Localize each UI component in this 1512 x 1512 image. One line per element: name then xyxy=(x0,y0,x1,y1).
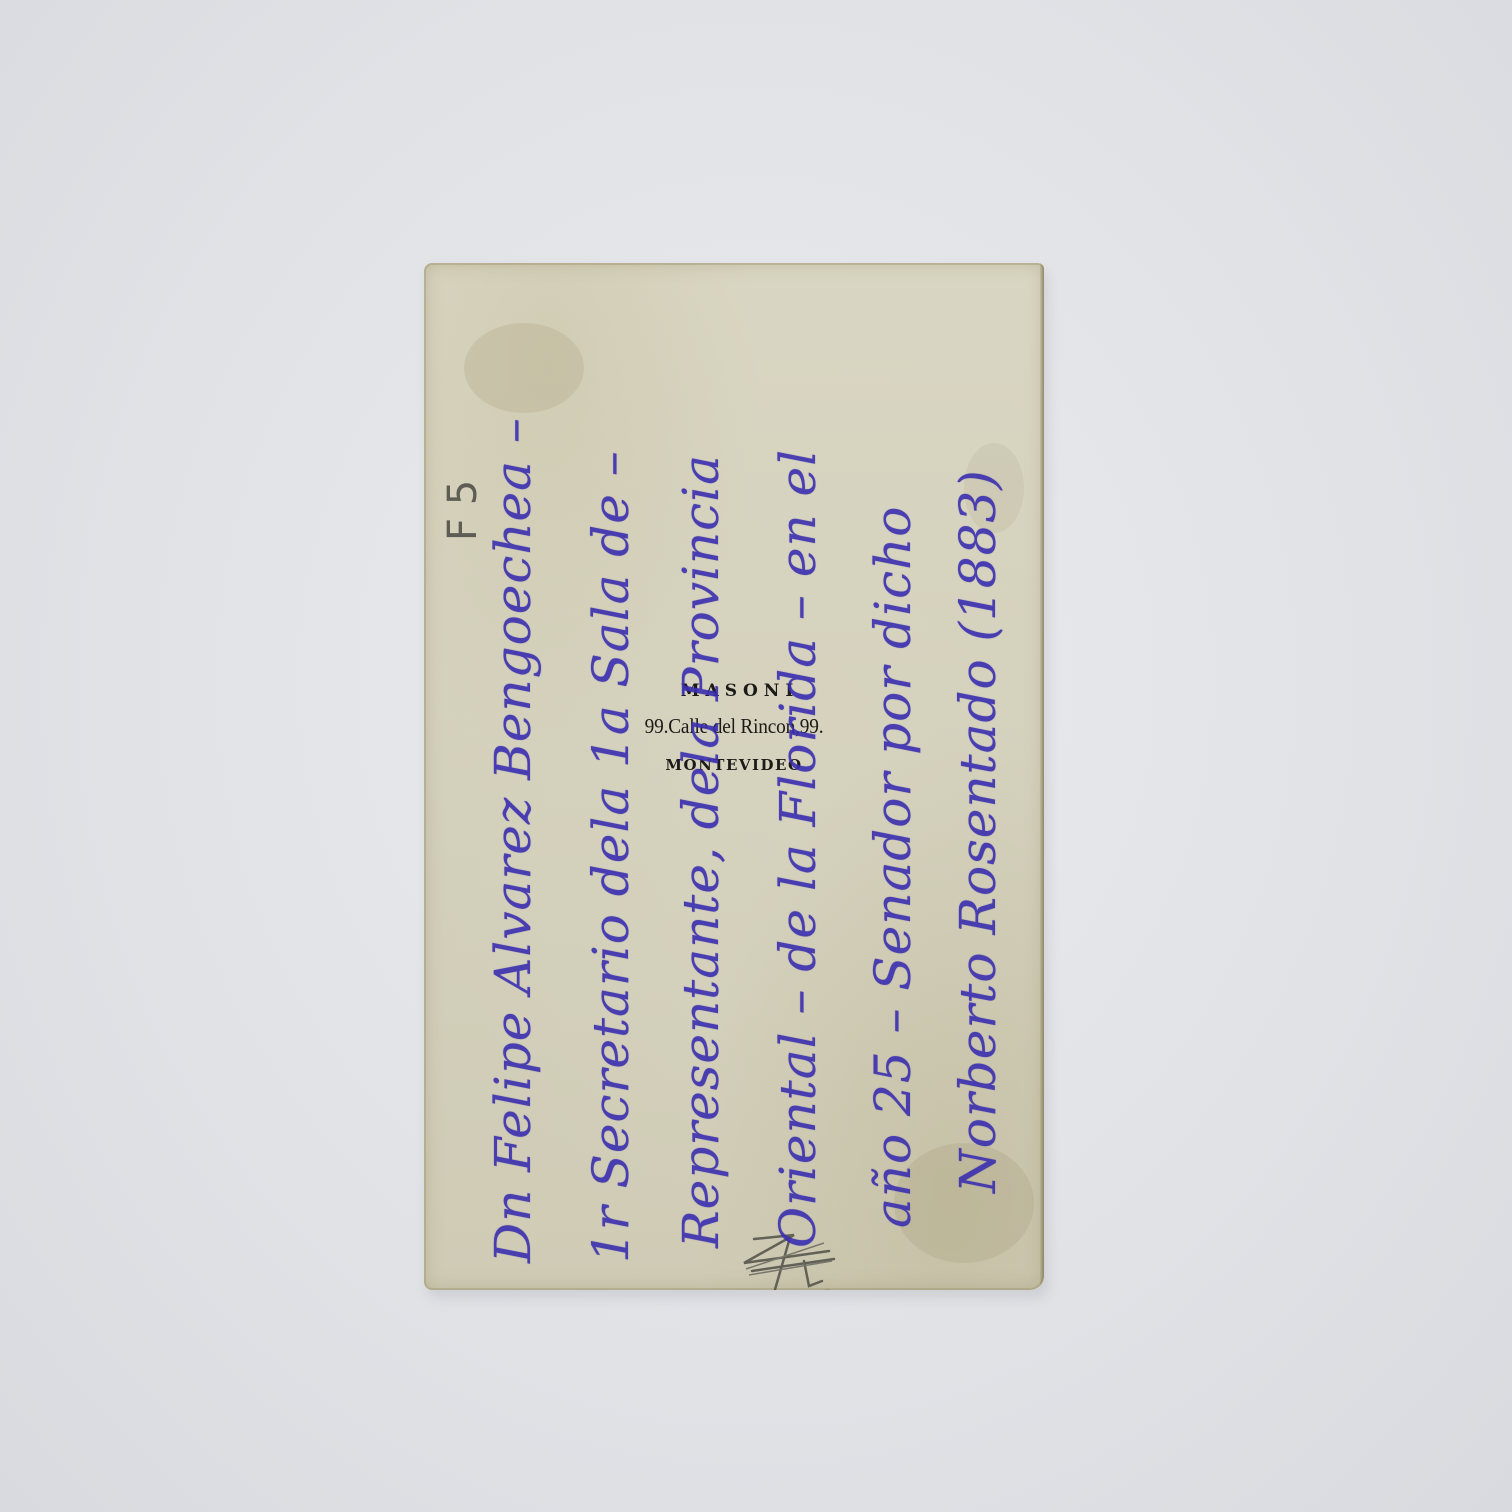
studio-name: MASONI xyxy=(430,681,1044,701)
pencil-note-f5: F 5 xyxy=(440,480,486,541)
inscription-line-5: año 25 – Senador por dicho xyxy=(864,506,922,1228)
inscription-line-1: Dn Felipe Alvarez Bengoechea – xyxy=(484,417,542,1263)
pencil-scribble xyxy=(734,1231,854,1290)
handwritten-inscription: Dn Felipe Alvarez Bengoechea – 1r Secret… xyxy=(424,263,1044,1290)
inscription-line-4: Oriental – de la Florida – en el xyxy=(769,449,827,1248)
studio-address: 99.Calle del Rincon,99. xyxy=(449,714,1019,739)
photo-card-back: MASONI 99.Calle del Rincon,99. MONTEVIDE… xyxy=(424,263,1044,1290)
inscription-line-2: 1r Secretario dela 1a Sala de – xyxy=(582,450,640,1263)
paper-stain xyxy=(964,443,1024,533)
scribble-icon xyxy=(734,1231,854,1290)
paper-stain xyxy=(464,323,584,413)
card-edge xyxy=(1040,263,1044,1290)
inscription-line-3: Representante, dela Provincia xyxy=(672,454,730,1248)
inscription-line-6: Norberto Rosentado (1883) xyxy=(949,469,1007,1193)
studio-city: MONTEVIDEO xyxy=(424,756,1044,774)
paper-stain xyxy=(894,1143,1034,1263)
